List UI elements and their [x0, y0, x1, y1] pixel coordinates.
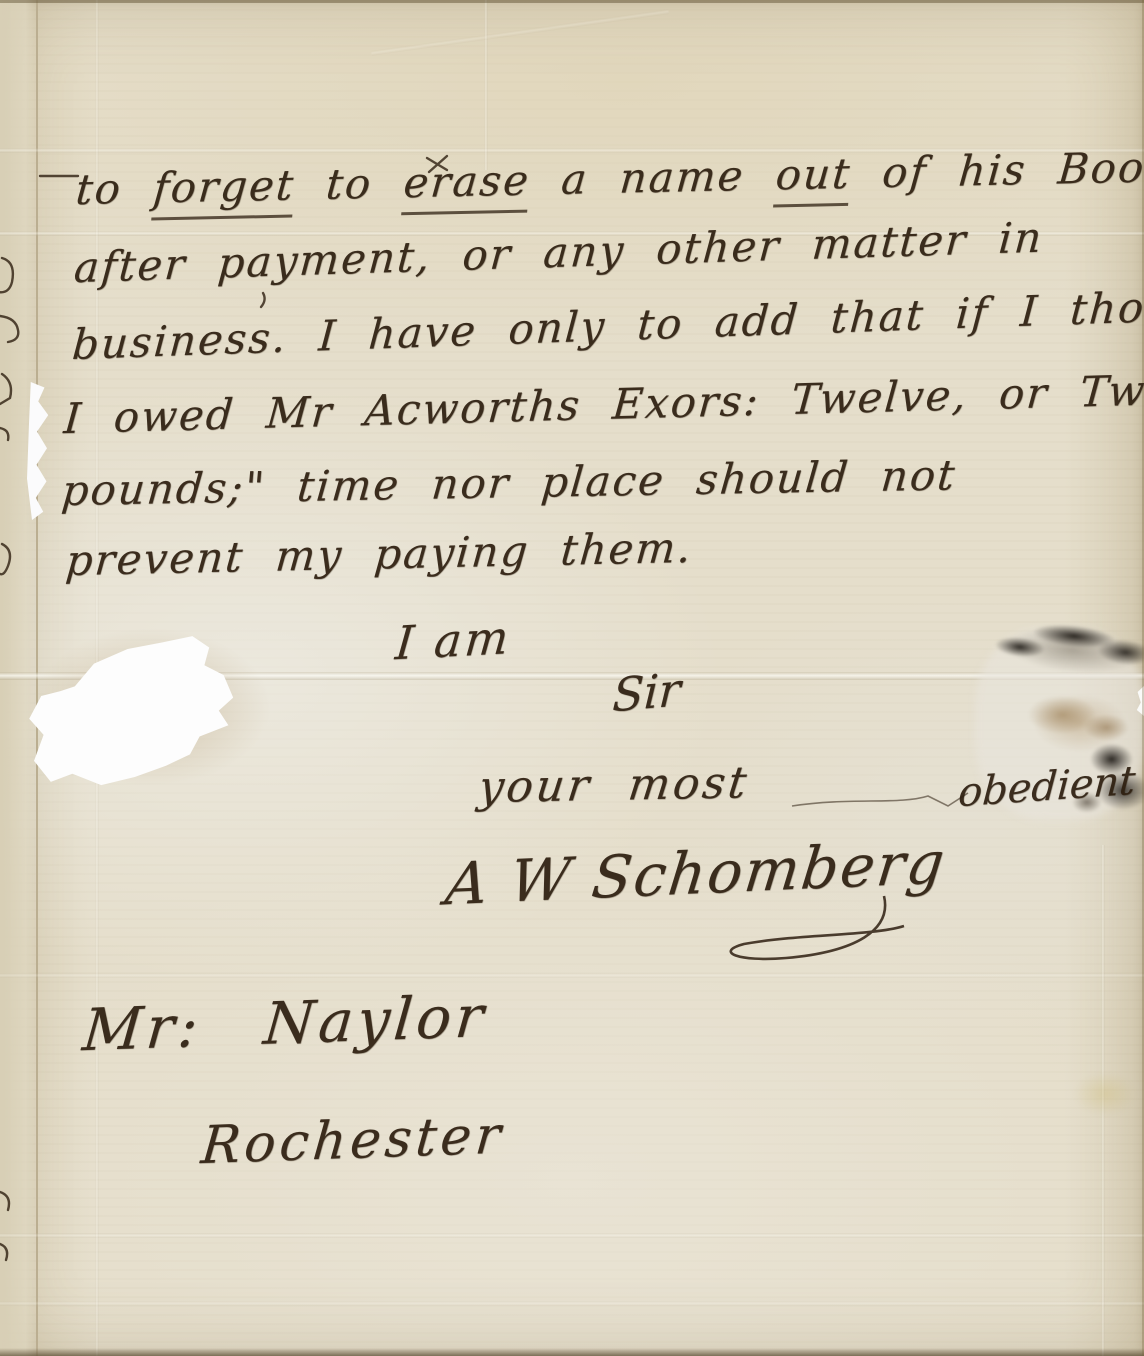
line1-seg-3: of his Books	[849, 142, 1144, 198]
paper-edge-top	[0, 0, 1144, 3]
closing-sir: Sir	[611, 662, 682, 722]
line1-seg-2: a name	[528, 150, 778, 204]
underlined-word-out: out	[773, 149, 853, 208]
scanned-letter-image: to forget to erase a name out of his Boo…	[0, 0, 1144, 1356]
closing-your-most: your most	[476, 757, 752, 813]
line1-seg-1: to	[293, 158, 406, 209]
underlined-word-erase: erase	[401, 155, 532, 215]
underlined-word-forget: forget	[151, 160, 297, 220]
address-place: Rochester	[199, 1105, 507, 1176]
line1-seg-0: to	[74, 163, 156, 214]
paper-edge-bottom	[0, 1348, 1144, 1356]
faint-embossed-mark	[1074, 1072, 1136, 1116]
closing-i-am: I am	[393, 610, 513, 670]
address-name: Mr: Naylor	[80, 982, 490, 1064]
